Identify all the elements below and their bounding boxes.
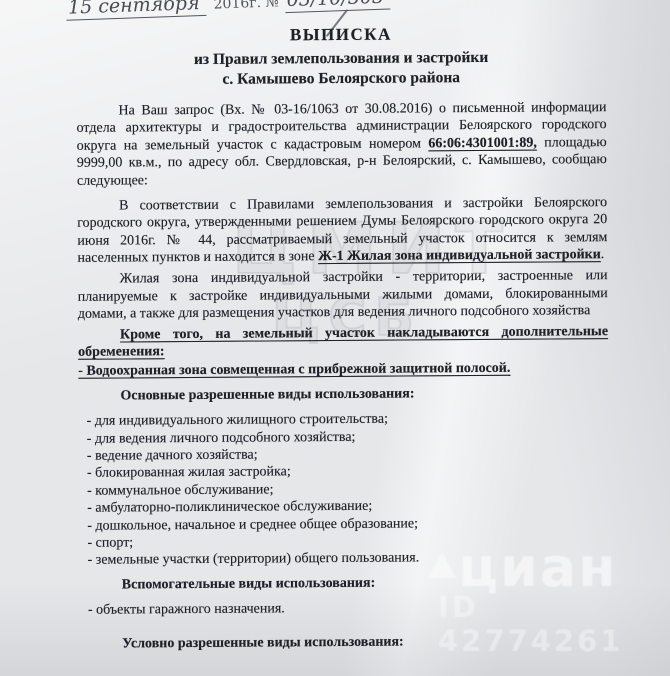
scanned-document-photo: ЦМИТ ЦСБ 15 сентября2016г. №03/10/303 ВЫ… xyxy=(0,0,670,676)
zone-paragraph: В соответствии с Правилами землепользова… xyxy=(77,194,607,268)
list-item: - земельные участки (территории) общего … xyxy=(88,548,610,569)
conditional-uses-heading: Условно разрешенные виды использования: xyxy=(80,632,610,653)
document-title: ВЫПИСКА из Правил землепользования и зас… xyxy=(76,24,606,90)
zone-name: Ж-1 Жилая зона индивидуальной застройки xyxy=(318,247,601,264)
encumbrance-item: - Водоохранная зона совмещенная с прибре… xyxy=(78,359,608,380)
auxiliary-uses-heading: Вспомогательные виды использования: xyxy=(80,573,610,594)
main-uses-list: - для индивидуального жилищного строител… xyxy=(79,409,610,569)
title-line-3: с. Камышево Белоярского района xyxy=(76,67,606,91)
title-line-1: ВЫПИСКА xyxy=(76,24,606,45)
cadastral-number: 66:06:4301001:89, xyxy=(428,135,537,151)
document-body: ВЫПИСКА из Правил землепользования и зас… xyxy=(0,0,670,662)
intro-paragraph: На Ваш запрос (Вх. № 03-16/1063 от 30.08… xyxy=(76,99,607,191)
encumbrance-heading: Кроме того, на земельный участок наклады… xyxy=(78,323,608,362)
zone-text-post: . xyxy=(601,247,605,262)
main-uses-heading: Основные разрешенные виды использования: xyxy=(78,384,608,405)
zone-description-paragraph: Жилая зона индивидуальной застройки - те… xyxy=(78,267,608,323)
